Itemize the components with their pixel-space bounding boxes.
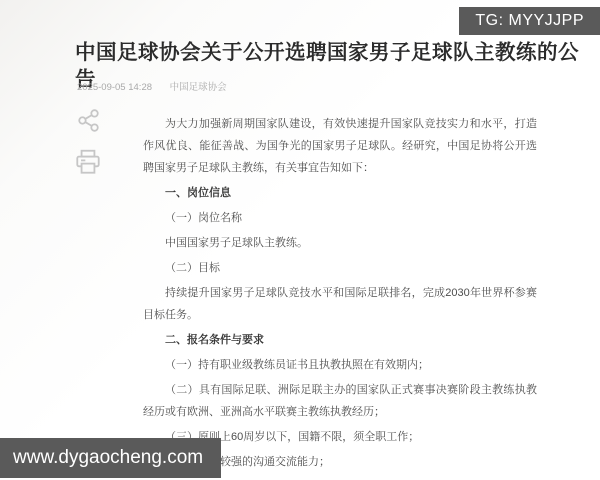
- paragraph: （一）持有职业级教练员证书且执教执照在有效期内；: [143, 354, 537, 376]
- paragraph: （二）具有国际足联、洲际足联主办的国家队正式赛事决赛阶段主教练执教经历或有欧洲、…: [143, 379, 537, 423]
- print-icon: [73, 147, 103, 177]
- watermark-site-text: www.dygaocheng.com: [13, 447, 203, 469]
- article-body: 为大力加强新周期国家队建设，有效快速提升国家队竞技实力和水平，打造作风优良、能征…: [143, 113, 537, 476]
- share-button[interactable]: [76, 108, 101, 133]
- article-meta: 2025-09-05 14:28 中国足球协会: [77, 79, 227, 93]
- watermark-telegram-text: TG: MYYJJPP: [475, 12, 584, 30]
- watermark-telegram-badge: TG: MYYJJPP: [459, 7, 600, 35]
- paragraph: （一）岗位名称: [143, 207, 537, 229]
- section-heading: 二、报名条件与要求: [143, 329, 537, 351]
- paragraph: 为大力加强新周期国家队建设，有效快速提升国家队竞技实力和水平，打造作风优良、能征…: [143, 113, 537, 179]
- side-toolbar: [71, 108, 105, 177]
- print-button[interactable]: [73, 147, 103, 177]
- publish-date: 2025-09-05 14:28: [77, 82, 152, 93]
- paragraph: 持续提升国家男子足球队竞技水平和国际足联排名，完成2030年世界杯参赛目标任务。: [143, 282, 537, 326]
- watermark-site-badge: www.dygaocheng.com: [0, 438, 221, 478]
- paragraph: （二）目标: [143, 257, 537, 279]
- section-heading: 一、岗位信息: [143, 182, 537, 204]
- paragraph: 中国国家男子足球队主教练。: [143, 232, 537, 254]
- source-name: 中国足球协会: [170, 82, 227, 93]
- article-page: TG: MYYJJPP 中国足球协会关于公开选聘国家男子足球队主教练的公告 20…: [0, 0, 600, 480]
- share-icon: [76, 108, 101, 133]
